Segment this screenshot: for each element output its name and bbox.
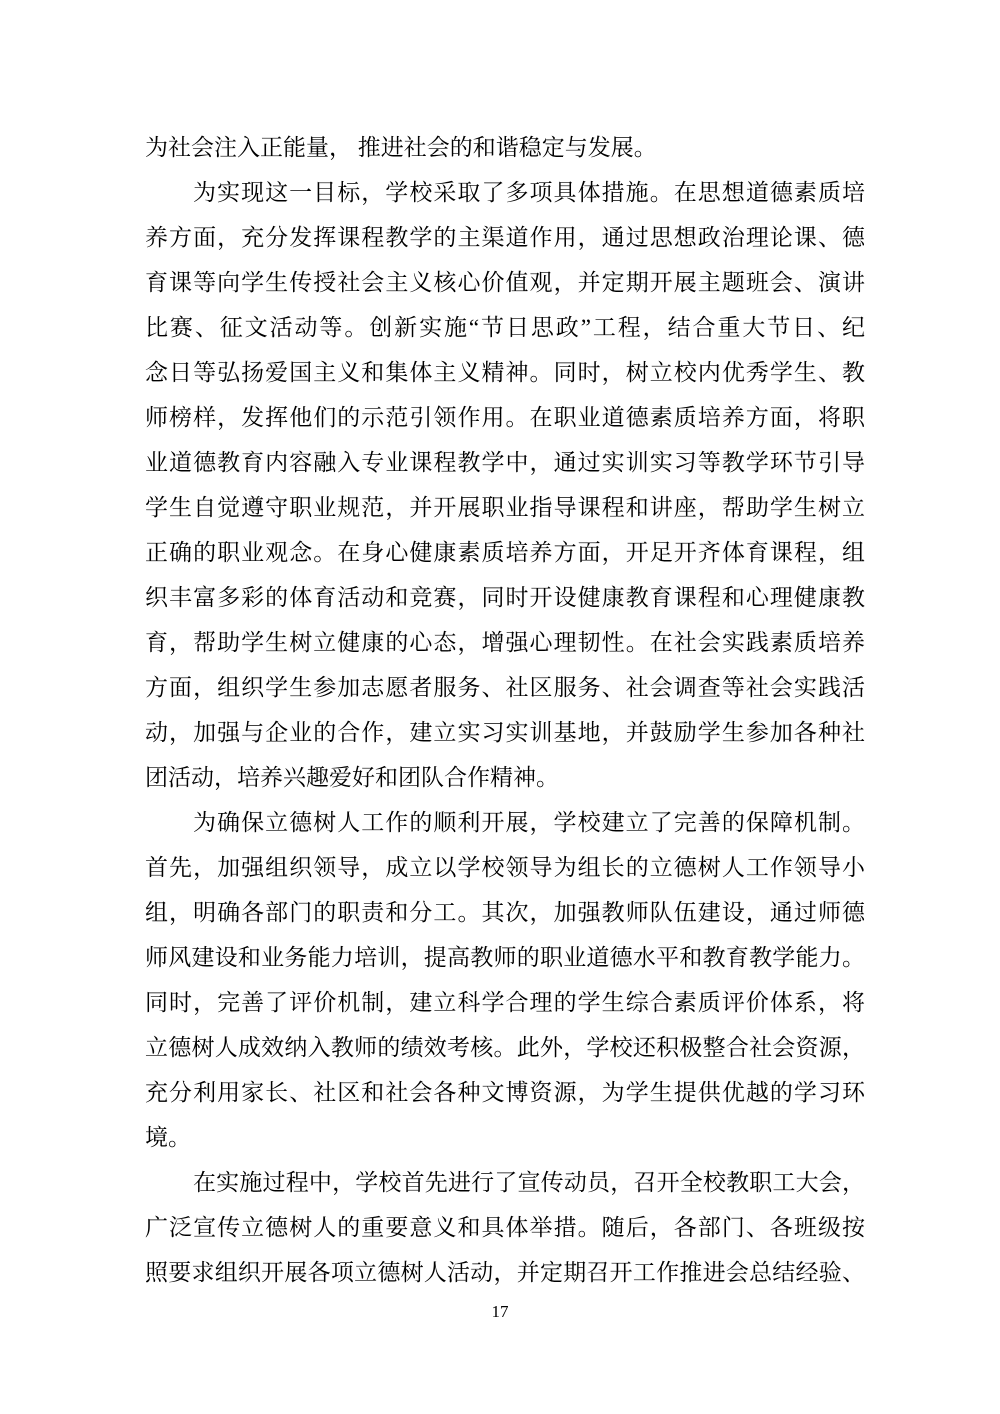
text-line: 业道德教育内容融入专业课程教学中，通过实训实习等教学环节引导 [145,440,865,485]
text-line: 动，加强与企业的合作，建立实习实训基地，并鼓励学生参加各种社 [145,710,865,755]
document-body: 为社会注入正能量， 推进社会的和谐稳定与发展。 为实现这一目标，学校采取了多项具… [145,125,865,1295]
text-line: 为社会注入正能量， 推进社会的和谐稳定与发展。 [145,125,865,170]
text-line: 同时，完善了评价机制，建立科学合理的学生综合素质评价体系，将 [145,980,865,1025]
text-line: 组，明确各部门的职责和分工。其次，加强教师队伍建设，通过师德 [145,890,865,935]
text-line: 充分利用家长、社区和社会各种文博资源，为学生提供优越的学习环 [145,1070,865,1115]
text-line: 照要求组织开展各项立德树人活动，并定期召开工作推进会总结经验、 [145,1250,865,1295]
document-page: 为社会注入正能量， 推进社会的和谐稳定与发展。 为实现这一目标，学校采取了多项具… [0,0,1000,1414]
page-number: 17 [0,1300,1000,1324]
text-line: 养方面，充分发挥课程教学的主渠道作用，通过思想政治理论课、德 [145,215,865,260]
text-line: 师风建设和业务能力培训，提高教师的职业道德水平和教育教学能力。 [145,935,865,980]
text-line: 境。 [145,1115,865,1160]
text-line: 正确的职业观念。在身心健康素质培养方面，开足开齐体育课程，组 [145,530,865,575]
text-line: 师榜样，发挥他们的示范引领作用。在职业道德素质培养方面，将职 [145,395,865,440]
text-line: 为实现这一目标，学校采取了多项具体措施。在思想道德素质培 [145,170,865,215]
text-line: 方面，组织学生参加志愿者服务、社区服务、社会调查等社会实践活 [145,665,865,710]
text-line: 立德树人成效纳入教师的绩效考核。此外，学校还积极整合社会资源， [145,1025,865,1070]
text-line: 织丰富多彩的体育活动和竞赛，同时开设健康教育课程和心理健康教 [145,575,865,620]
text-line: 念日等弘扬爱国主义和集体主义精神。同时，树立校内优秀学生、教 [145,350,865,395]
text-line: 学生自觉遵守职业规范，并开展职业指导课程和讲座，帮助学生树立 [145,485,865,530]
text-line: 为确保立德树人工作的顺利开展，学校建立了完善的保障机制。 [145,800,865,845]
text-line: 广泛宣传立德树人的重要意义和具体举措。随后，各部门、各班级按 [145,1205,865,1250]
text-line: 首先，加强组织领导，成立以学校领导为组长的立德树人工作领导小 [145,845,865,890]
text-line: 育，帮助学生树立健康的心态，增强心理韧性。在社会实践素质培养 [145,620,865,665]
text-line: 团活动，培养兴趣爱好和团队合作精神。 [145,755,865,800]
text-line: 比赛、征文活动等。创新实施“节日思政”工程，结合重大节日、纪 [145,305,865,350]
text-line: 在实施过程中，学校首先进行了宣传动员，召开全校教职工大会， [145,1160,865,1205]
text-line: 育课等向学生传授社会主义核心价值观，并定期开展主题班会、演讲 [145,260,865,305]
